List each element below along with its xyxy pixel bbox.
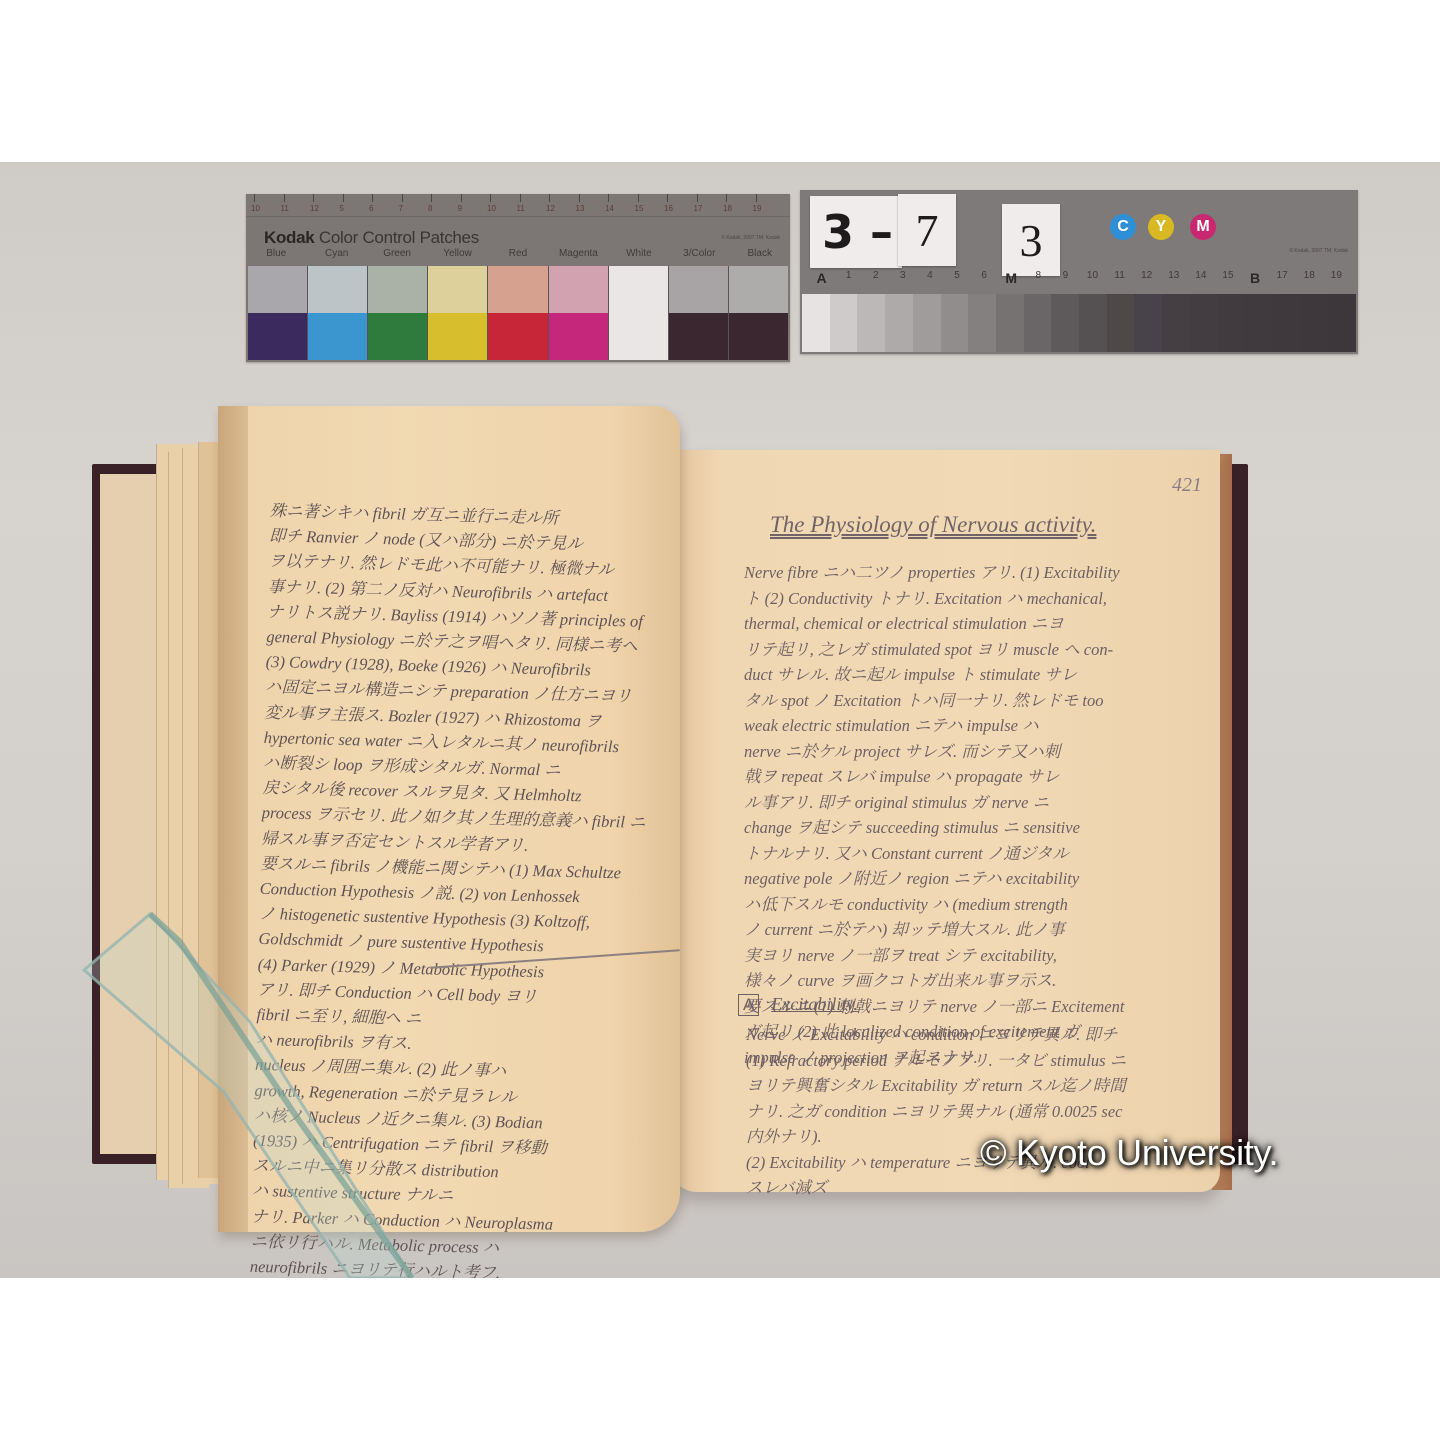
page-title: The Physiology of Nervous activity.: [770, 512, 1096, 538]
handwritten-line: 戟ヲ repeat スレバ impulse ハ propagate サレ: [744, 764, 1192, 790]
cmy-c-icon: C: [1110, 214, 1136, 240]
handwritten-line: thermal, chemical or electrical stimulat…: [744, 611, 1192, 637]
handwritten-line: negative pole ノ附近ノ region ニテハ excitabili…: [744, 866, 1192, 892]
color-patch: [368, 266, 428, 360]
section-a-heading: AExcitability.: [738, 994, 858, 1016]
handwritten-line: 様々ノ curve ヲ画クコトガ出来ル事ヲ示ス.: [744, 968, 1192, 994]
cmy-y-icon: Y: [1148, 214, 1174, 240]
section-heading: Excitability.: [771, 994, 857, 1014]
color-patch: [248, 266, 308, 360]
color-patch: [549, 266, 609, 360]
left-page-text: 殊ニ著シキハ fibril ガ互ニ並行ニ走ル所即チ Ranvier ノ node…: [250, 498, 674, 1278]
handwritten-line: ト (2) Conductivity トナリ. Excitation ハ mec…: [744, 586, 1192, 612]
patch-labels: BlueCyanGreenYellowRedMagentaWhite3/Colo…: [246, 248, 790, 262]
handwritten-line: weak electric stimulation ニテハ impulse ハ: [744, 713, 1192, 739]
kodak-copyright: © Kodak, 2007 TM: Kodak: [721, 235, 780, 241]
handwritten-line: タル spot ノ Excitation トハ同一ナリ. 然レドモ too: [744, 688, 1192, 714]
handwritten-line: nerve ニ於ケル project サレズ. 而シテ又ハ刺: [744, 739, 1192, 765]
handwritten-line: ノ current ニ於テハ) 却ッテ増大スル. 此ノ事: [744, 917, 1192, 943]
handwritten-line: ナリ. 之ガ condition ニヨリテ異ナル (通常 0.0025 sec: [746, 1099, 1186, 1125]
handwritten-line: リテ起リ, 之レガ stimulated spot ヨリ muscle ヘ co…: [744, 637, 1192, 663]
handwritten-line: (1) Refractory period ナルモノアリ. 一タビ stimul…: [746, 1048, 1186, 1074]
handwritten-line: 実ヨリ nerve ノ一部ヲ treat シテ excitability,: [744, 943, 1192, 969]
color-patch: [609, 266, 669, 360]
ruler-scale: 1011125678910111213141516171819: [246, 194, 790, 217]
color-patch: [308, 266, 368, 360]
handwritten-line: duct サレル. 故ニ起ル impulse ト stimulate サレ: [744, 662, 1192, 688]
section-label: A: [738, 994, 759, 1016]
handwritten-line: トナルナリ. 又ハ Constant current ノ通ジタル: [744, 841, 1192, 867]
handwritten-line: Nerve fibre ニハ二ツノ properties アリ. (1) Exc…: [744, 560, 1192, 586]
color-patch: [488, 266, 548, 360]
kodak-color-control-strip: 1011125678910111213141516171819 Kodak Co…: [246, 194, 790, 362]
item-tag-page: 3: [1002, 204, 1060, 276]
step-labels: A123456M89101112131415B171819: [808, 270, 1350, 284]
color-patch: [669, 266, 729, 360]
color-patches: [248, 266, 788, 360]
item-tag-series: 3 –: [810, 196, 902, 268]
kodak-title: Kodak Color Control Patches: [264, 228, 479, 248]
gray-scale-strip: 3 – 7 3 C Y M © Kodak, 2007 TM: Kodak A1…: [800, 190, 1358, 354]
page-number: 421: [1172, 474, 1202, 497]
handwritten-line: ハ低下スルモ conductivity ハ (medium strength: [744, 892, 1192, 918]
handwritten-line: ヨリテ興奮シタル Excitability ガ return スル迄ノ時間: [746, 1073, 1186, 1099]
color-patch: [729, 266, 788, 360]
handwritten-line: ル事アリ. 即チ original stimulus ガ nerve ニ: [744, 790, 1192, 816]
copyright-watermark: © Kyoto University.: [980, 1132, 1278, 1174]
gray-copyright: © Kodak, 2007 TM: Kodak: [1289, 248, 1348, 254]
item-tag-number: 7: [898, 194, 956, 266]
gray-steps: [802, 294, 1356, 352]
handwritten-line: スレバ減ズ: [746, 1175, 1186, 1201]
cmy-m-icon: M: [1190, 214, 1216, 240]
color-patch: [428, 266, 488, 360]
archival-photograph: 1011125678910111213141516171819 Kodak Co…: [0, 162, 1440, 1278]
handwritten-line: change ヲ起シテ succeeding stimulus ニ sensit…: [744, 815, 1192, 841]
handwritten-line: Nerve ノ Excitability ハ condition ニヨリテ異ル.…: [746, 1022, 1186, 1048]
